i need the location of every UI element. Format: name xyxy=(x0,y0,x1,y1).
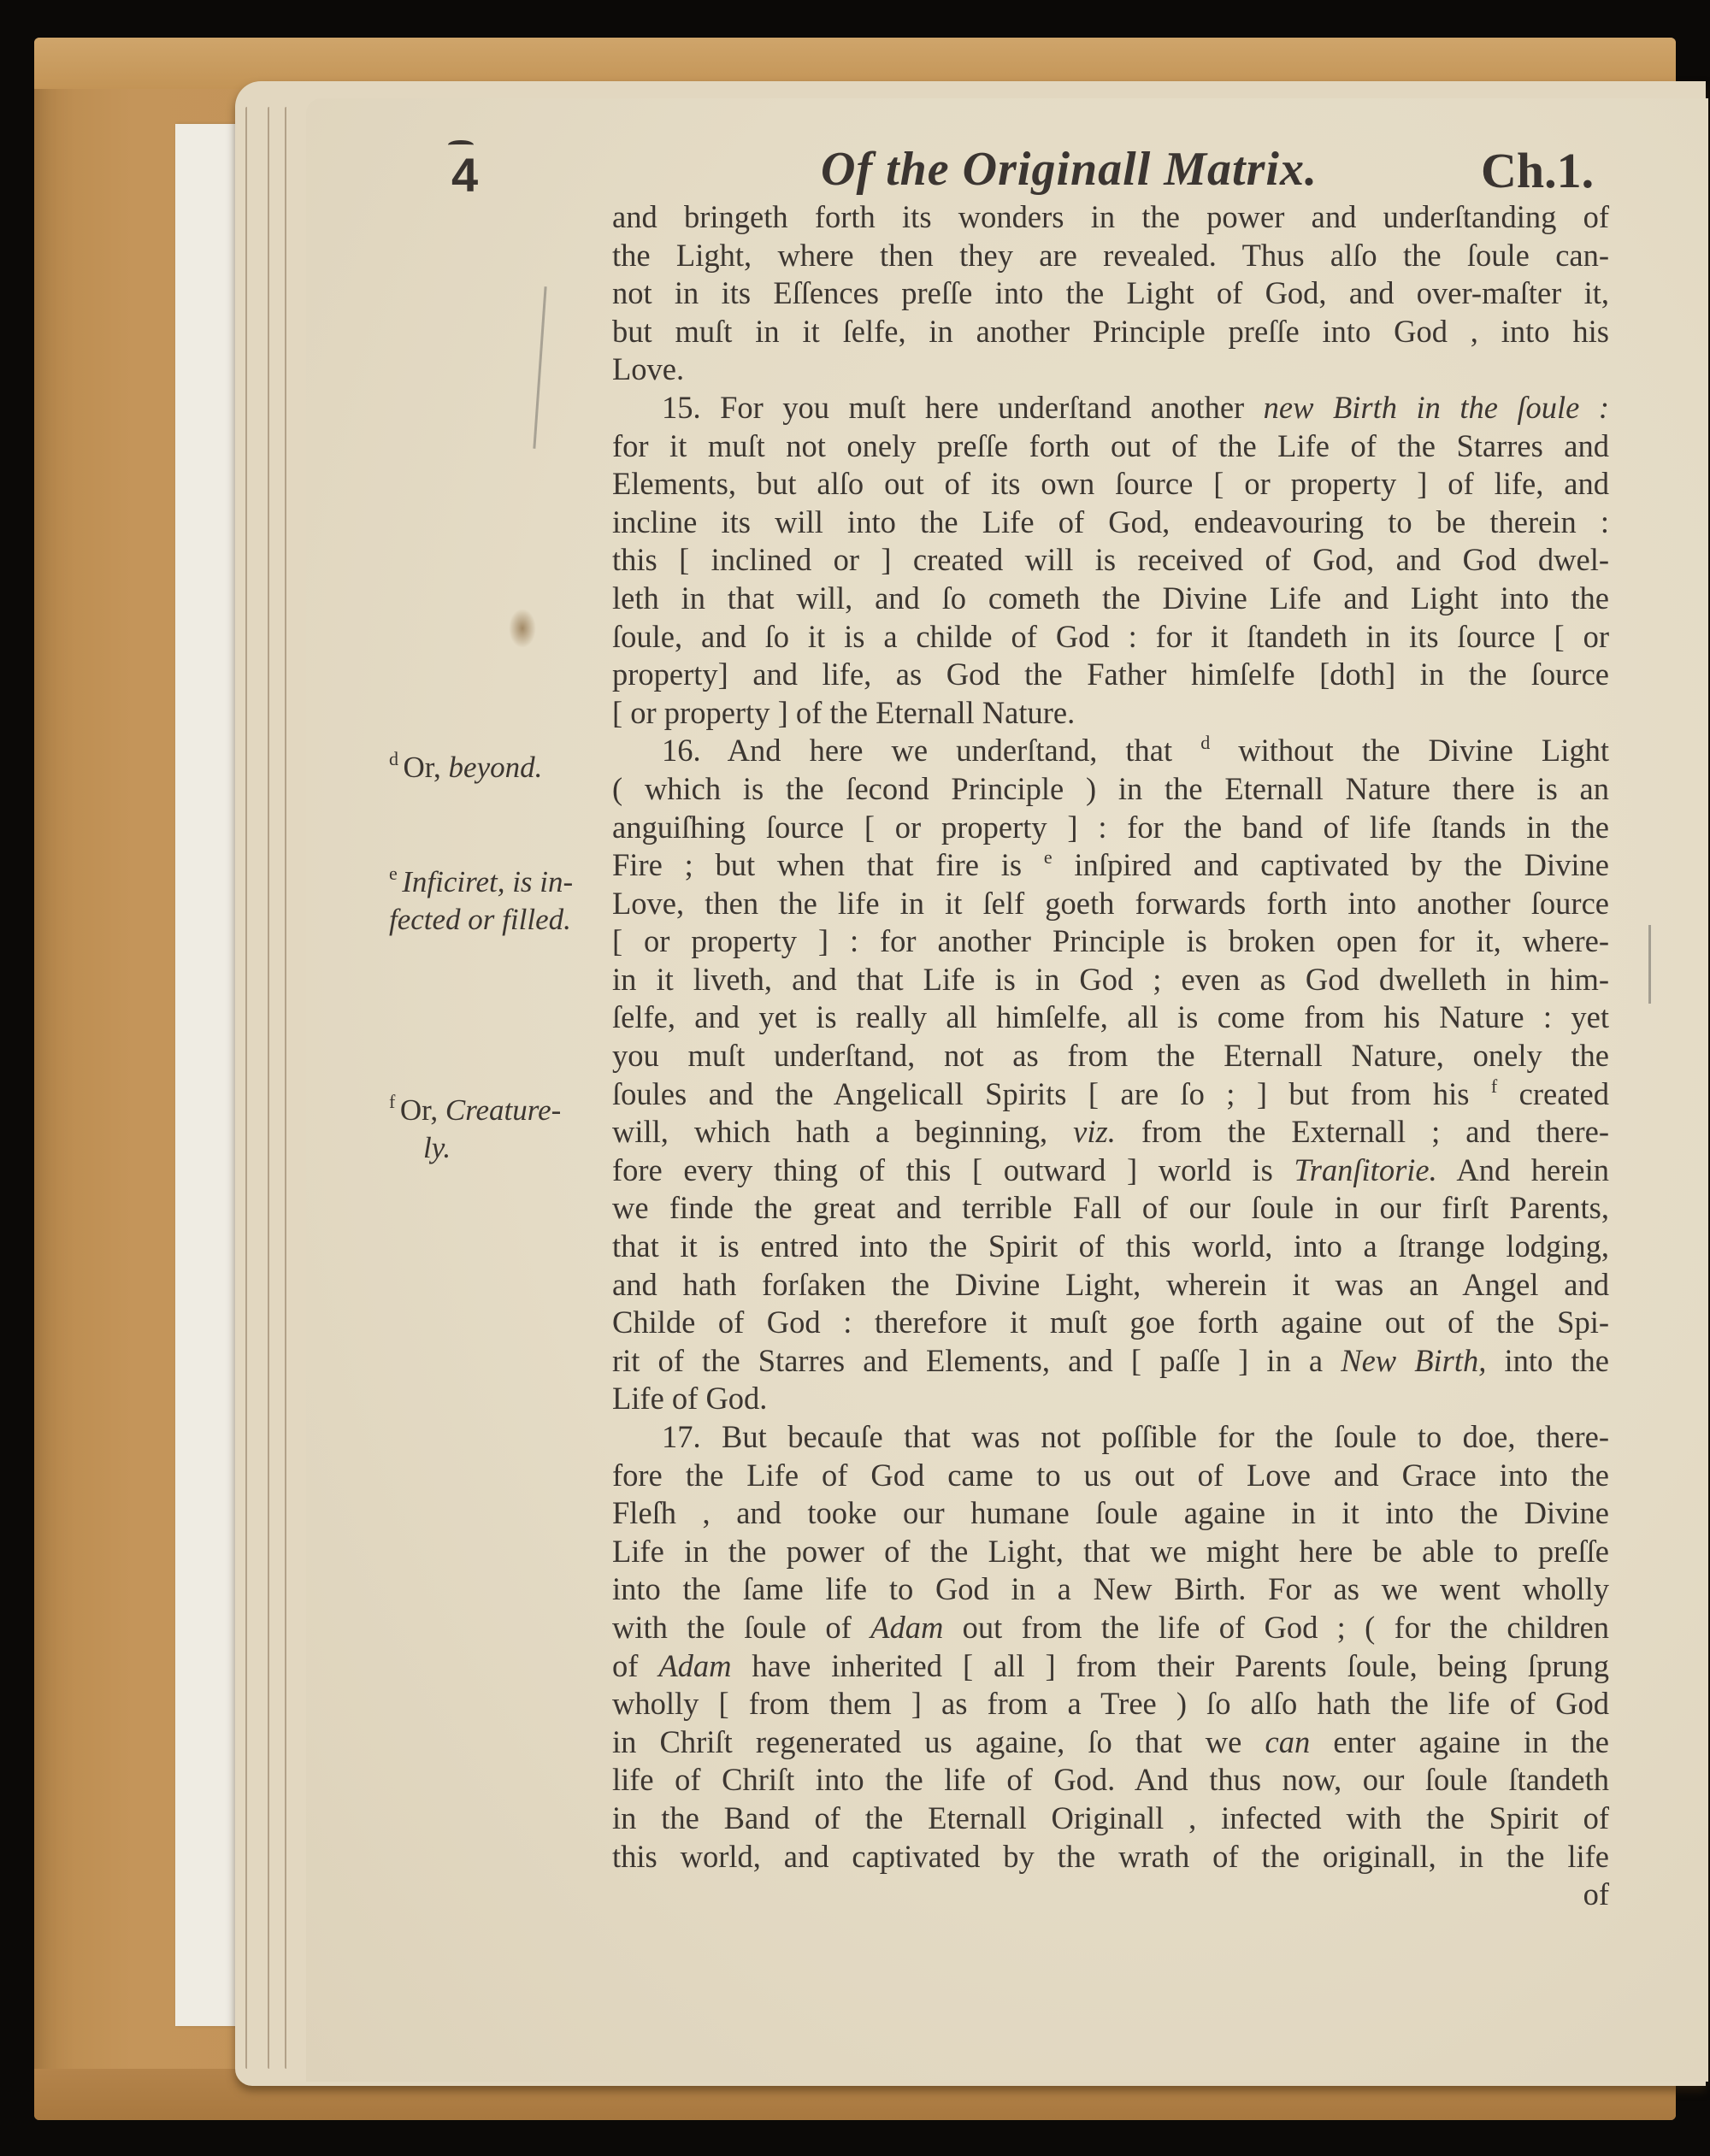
footnote-marker: d xyxy=(1200,732,1210,753)
text-line: Elements, but alſo out of its own ſource… xyxy=(612,465,1609,504)
text-line: ſoule, and ſo it is a childe of God : fo… xyxy=(612,618,1609,657)
text-span: And herein xyxy=(1437,1152,1609,1187)
text-line: leth in that will, and ſo cometh the Div… xyxy=(612,580,1609,618)
text-line: Fleſh , and tooke our humane ſoule again… xyxy=(612,1494,1609,1533)
body-text: and bringeth forth its wonders in the po… xyxy=(612,198,1609,1914)
running-title: Of the Originall Matrix. xyxy=(821,142,1318,197)
text-span: in it liveth, and that Life is in God ; … xyxy=(612,962,1609,997)
text-line: 17. But becauſe that was not poſſible fo… xyxy=(612,1418,1609,1457)
text-span: and bringeth forth its wonders in the po… xyxy=(612,199,1609,234)
text-line: this [ inclined or ] created will is rec… xyxy=(612,541,1609,580)
text-span: Life of God. xyxy=(612,1381,767,1416)
page-edge-line xyxy=(268,107,269,2069)
text-span: rit of the Starres and Elements, and [ p… xyxy=(612,1343,1341,1378)
text-line: Life of God. xyxy=(612,1380,1609,1418)
text-span: in the Band of the Eternall Originall , … xyxy=(612,1800,1609,1835)
margin-note-marker: e xyxy=(389,863,402,884)
text-span: Love. xyxy=(612,351,684,386)
text-span: life of Chriſt into the life of God. And… xyxy=(612,1762,1609,1797)
margin-note-marker: d xyxy=(389,748,404,769)
text-line: and hath forſaken the Divine Light, wher… xyxy=(612,1266,1609,1305)
italic-text: viz. xyxy=(1073,1114,1116,1149)
text-span: of xyxy=(1583,1876,1609,1912)
text-line: wholly [ from them ] as from a Tree ) ſo… xyxy=(612,1685,1609,1723)
text-span: anguiſhing ſource [ or property ] : for … xyxy=(612,810,1609,845)
text-line: incline its will into the Life of God, e… xyxy=(612,504,1609,542)
text-span: Elements, but alſo out of its own ſource… xyxy=(612,466,1609,501)
text-line: ( which is the ſecond Principle ) in the… xyxy=(612,770,1609,809)
text-span: property] and life, as God the Father hi… xyxy=(612,657,1609,692)
chapter-label: Ch.1. xyxy=(1481,142,1594,199)
text-line: but muſt in it ſelfe, in another Princip… xyxy=(612,313,1609,351)
text-line: the Light, where then they are revealed.… xyxy=(612,237,1609,275)
text-span: fore every thing of this [ outward ] wor… xyxy=(612,1152,1294,1187)
running-head: 4 Of the Originall Matrix. Ch.1. xyxy=(0,137,1710,205)
text-span: [ or property ] of the Eternall Nature. xyxy=(612,695,1075,730)
text-line: for it muſt not onely preſſe forth out o… xyxy=(612,427,1609,466)
text-line: of Adam have inherited [ all ] from thei… xyxy=(612,1647,1609,1686)
text-span: out from the life of God ; ( for the chi… xyxy=(943,1610,1609,1645)
text-span: from the Externall ; and there- xyxy=(1116,1114,1609,1149)
text-span: have inherited [ all ] from their Parent… xyxy=(732,1648,1610,1683)
text-span: [ or property ] : for another Principle … xyxy=(612,923,1609,958)
text-span: will, which hath a beginning, xyxy=(612,1114,1073,1149)
text-line: with the ſoule of Adam out from the life… xyxy=(612,1609,1609,1647)
italic-text: new Birth in the ſoule : xyxy=(1264,390,1609,425)
italic-text: can xyxy=(1265,1724,1311,1759)
text-line: fore the Life of God came to us out of L… xyxy=(612,1457,1609,1495)
text-span: ( which is the ſecond Principle ) in the… xyxy=(612,771,1609,806)
text-span: ſoules and the Angelicall Spirits [ are … xyxy=(612,1076,1491,1111)
text-span: you muſt underſtand, not as from the Ete… xyxy=(612,1038,1609,1073)
text-span: that it is entred into the Spirit of thi… xyxy=(612,1228,1609,1264)
text-span: in Chriſt regenerated us againe, ſo that… xyxy=(612,1724,1265,1759)
text-line: in the Band of the Eternall Originall , … xyxy=(612,1800,1609,1838)
text-line: fore every thing of this [ outward ] wor… xyxy=(612,1152,1609,1190)
text-span: leth in that will, and ſo cometh the Div… xyxy=(612,580,1609,616)
ink-stain xyxy=(509,609,536,648)
text-line: in it liveth, and that Life is in God ; … xyxy=(612,961,1609,999)
text-span: incline its will into the Life of God, e… xyxy=(612,504,1609,539)
text-span: and hath forſaken the Divine Light, wher… xyxy=(612,1267,1609,1302)
text-line: you muſt underſtand, not as from the Ete… xyxy=(612,1037,1609,1075)
text-span: Love, then the life in it ſelf goeth for… xyxy=(612,886,1609,921)
italic-text: New Birth, xyxy=(1341,1343,1486,1378)
text-line: [ or property ] : for another Principle … xyxy=(612,922,1609,961)
text-span: not in its Eſſences preſſe into the Ligh… xyxy=(612,275,1609,310)
text-span: this [ inclined or ] created will is rec… xyxy=(612,542,1609,577)
text-line: we finde the great and terrible Fall of … xyxy=(612,1189,1609,1228)
text-line: Love, then the life in it ſelf goeth for… xyxy=(612,885,1609,923)
text-span: fore the Life of God came to us out of L… xyxy=(612,1458,1609,1493)
text-line: [ or property ] of the Eternall Nature. xyxy=(612,694,1609,733)
text-span: wholly [ from them ] as from a Tree ) ſo… xyxy=(612,1686,1609,1721)
italic-text: Tranſitorie. xyxy=(1294,1152,1436,1187)
text-line: that it is entred into the Spirit of thi… xyxy=(612,1228,1609,1266)
text-span: the Light, where then they are revealed.… xyxy=(612,238,1609,273)
text-line: this world, and captivated by the wrath … xyxy=(612,1838,1609,1876)
flyleaf-paper-strip xyxy=(175,124,242,2026)
text-line: in Chriſt regenerated us againe, ſo that… xyxy=(612,1723,1609,1762)
text-span: but muſt in it ſelfe, in another Princip… xyxy=(612,314,1609,349)
text-line: Life in the power of the Light, that we … xyxy=(612,1533,1609,1571)
text-span: into the ſame life to God in a New Birth… xyxy=(612,1571,1609,1606)
text-span: Life in the power of the Light, that we … xyxy=(612,1534,1609,1569)
text-span: into the xyxy=(1486,1343,1609,1378)
text-line: Fire ; but when that fire is e inſpired … xyxy=(612,846,1609,885)
text-line: not in its Eſſences preſſe into the Ligh… xyxy=(612,274,1609,313)
text-span: Fleſh , and tooke our humane ſoule again… xyxy=(612,1495,1609,1530)
text-span: with the ſoule of xyxy=(612,1610,870,1645)
text-line: Childe of God : therefore it muſt goe fo… xyxy=(612,1304,1609,1342)
text-line: of xyxy=(612,1876,1609,1914)
text-line: will, which hath a beginning, viz. from … xyxy=(612,1113,1609,1152)
text-span: Fire ; but when that fire is xyxy=(612,847,1044,882)
italic-text: Adam xyxy=(870,1610,943,1645)
text-line: into the ſame life to God in a New Birth… xyxy=(612,1570,1609,1609)
margin-note-d: d Or, beyond. xyxy=(389,749,542,786)
margin-note-f: f Or, Creature-ly. xyxy=(389,1092,561,1167)
text-span: enter againe in the xyxy=(1310,1724,1609,1759)
footnote-marker: e xyxy=(1044,846,1053,868)
page-number: 4 xyxy=(451,147,478,203)
italic-text: Adam xyxy=(658,1648,731,1683)
margin-note-e: e Inficiret, is in-fected or filled. xyxy=(389,863,573,939)
text-span: inſpired and captivated by the Divine xyxy=(1053,847,1609,882)
text-span: 16. And here we underſtand, that xyxy=(662,733,1200,768)
text-span: this world, and captivated by the wrath … xyxy=(612,1839,1609,1874)
text-line: Love. xyxy=(612,350,1609,389)
margin-note-marker: f xyxy=(389,1091,400,1112)
page-edge-line xyxy=(285,107,286,2069)
text-span: 17. But becauſe that was not poſſible fo… xyxy=(662,1419,1609,1454)
text-line: life of Chriſt into the life of God. And… xyxy=(612,1761,1609,1800)
text-span: we finde the great and terrible Fall of … xyxy=(612,1190,1609,1225)
text-span: 15. For you muſt here underſtand another xyxy=(662,390,1264,425)
text-line: ſelfe, and yet is really all himſelfe, a… xyxy=(612,998,1609,1037)
text-span: ſelfe, and yet is really all himſelfe, a… xyxy=(612,999,1609,1034)
text-line: rit of the Starres and Elements, and [ p… xyxy=(612,1342,1609,1381)
text-span: created xyxy=(1497,1076,1609,1111)
text-line: ſoules and the Angelicall Spirits [ are … xyxy=(612,1075,1609,1114)
page-edge-line xyxy=(245,107,247,2069)
text-span: ſoule, and ſo it is a childe of God : fo… xyxy=(612,619,1609,654)
text-line: 15. For you muſt here underſtand another… xyxy=(612,389,1609,427)
text-span: without the Divine Light xyxy=(1210,733,1609,768)
pencil-mark-right-margin xyxy=(1648,925,1651,1004)
text-span: for it muſt not onely preſſe forth out o… xyxy=(612,428,1609,463)
text-span: Childe of God : therefore it muſt goe fo… xyxy=(612,1305,1609,1340)
text-line: 16. And here we underſtand, that d witho… xyxy=(612,732,1609,770)
text-span: of xyxy=(612,1648,658,1683)
text-line: property] and life, as God the Father hi… xyxy=(612,656,1609,694)
text-line: and bringeth forth its wonders in the po… xyxy=(612,198,1609,237)
text-line: anguiſhing ſource [ or property ] : for … xyxy=(612,809,1609,847)
